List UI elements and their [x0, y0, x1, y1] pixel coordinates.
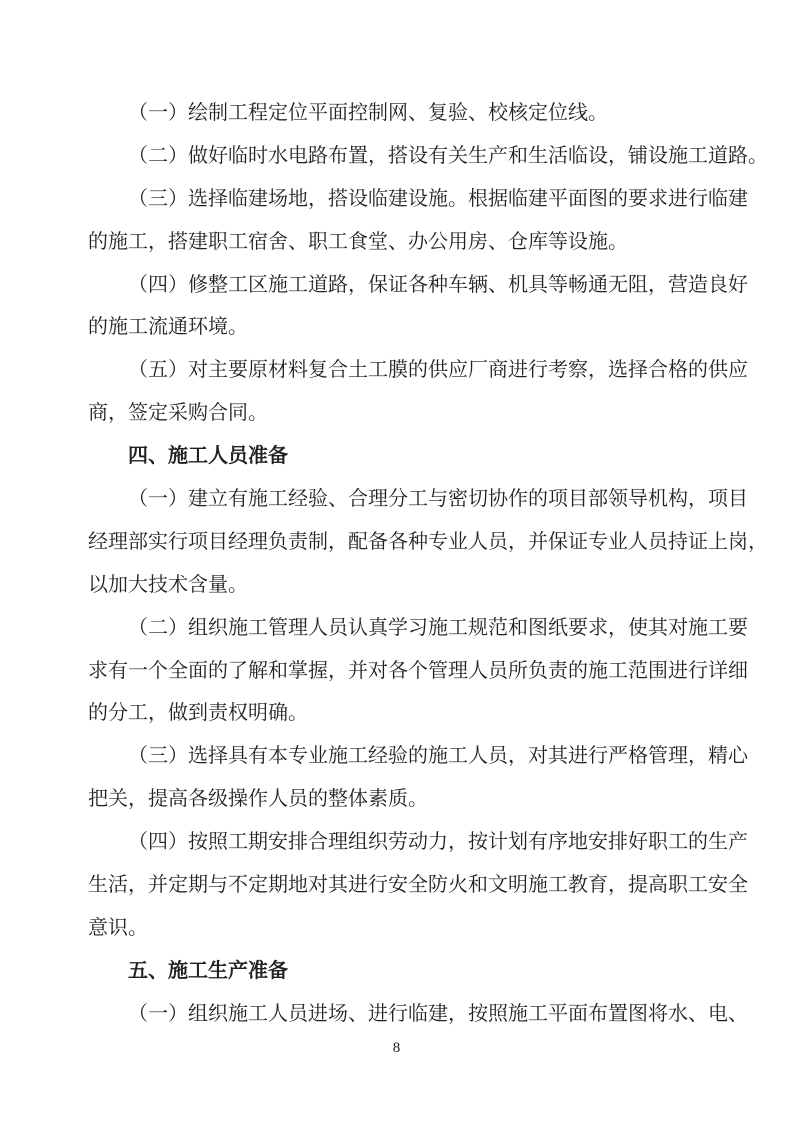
text-line: （三）选择具有本专业施工经验的施工人员，对其进行严格管理，精心	[88, 735, 752, 778]
text-line: （一）组织施工人员进场、进行临建，按照施工平面布置图将水、电、	[88, 993, 752, 1036]
text-line: 经理部实行项目经理负责制，配备各种专业人员，并保证专业人员持证上岗，	[88, 521, 752, 564]
text-line: （一）建立有施工经验、合理分工与密切协作的项目部领导机构，项目	[88, 478, 752, 521]
text-line: 的施工，搭建职工宿舍、职工食堂、办公用房、仓库等设施。	[88, 221, 752, 264]
text-line: 生活，并定期与不定期地对其进行安全防火和文明施工教育，提高职工安全	[88, 864, 752, 907]
text-line: 把关，提高各级操作人员的整体素质。	[88, 778, 752, 821]
text-line: （二）组织施工管理人员认真学习施工规范和图纸要求，使其对施工要	[88, 607, 752, 650]
text-line: （四）按照工期安排合理组织劳动力，按计划有序地安排好职工的生产	[88, 821, 752, 864]
document-page: （一）绘制工程定位平面控制网、复验、校核定位线。（二）做好临时水电路布置，搭设有…	[0, 0, 793, 1122]
text-line: 求有一个全面的了解和掌握，并对各个管理人员所负责的施工范围进行详细	[88, 650, 752, 693]
page-footer: 8	[0, 1038, 793, 1058]
text-line: （二）做好临时水电路布置，搭设有关生产和生活临设，铺设施工道路。	[88, 135, 752, 178]
text-line: （四）修整工区施工道路，保证各种车辆、机具等畅通无阻，营造良好	[88, 264, 752, 307]
section-heading: 四、施工人员准备	[88, 435, 752, 478]
document-body: （一）绘制工程定位平面控制网、复验、校核定位线。（二）做好临时水电路布置，搭设有…	[88, 92, 752, 1036]
text-line: 的分工，做到责权明确。	[88, 692, 752, 735]
text-line: （五）对主要原材料复合土工膜的供应厂商进行考察，选择合格的供应	[88, 349, 752, 392]
section-heading: 五、施工生产准备	[88, 950, 752, 993]
page-number: 8	[393, 1040, 401, 1056]
text-line: 意识。	[88, 907, 752, 950]
text-line: （一）绘制工程定位平面控制网、复验、校核定位线。	[88, 92, 752, 135]
text-line: （三）选择临建场地，搭设临建设施。根据临建平面图的要求进行临建	[88, 178, 752, 221]
text-line: 的施工流通环境。	[88, 306, 752, 349]
text-line: 以加大技术含量。	[88, 564, 752, 607]
text-line: 商，签定采购合同。	[88, 392, 752, 435]
